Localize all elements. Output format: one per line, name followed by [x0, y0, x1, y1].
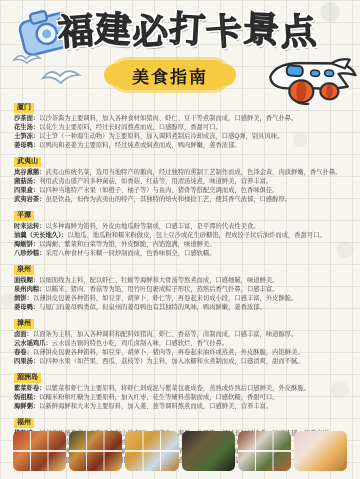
food-item: 四果汤：以四种水果（如芒果、西瓜、荔枝等）为主料，加入冰糖和水煮制而成，口感清爽…: [14, 357, 346, 366]
food-item: 泉州肉粽：以糯米、猪肉、香菇等为馅，用竹叶包裹成粽子形状，蒸熟后香气扑鼻，口感丰…: [14, 285, 346, 294]
food-item: 卤面：以面条为主料，加入各种调料和配料如猪肉、虾仁、香菇等，卤制而成，口感丰富，…: [14, 330, 346, 339]
food-item-name: 沙茶面：: [14, 115, 39, 122]
food-photo-mixed-collage: [238, 431, 291, 471]
food-photo-strip: [0, 431, 360, 471]
food-photo-braised-collage: [13, 431, 66, 471]
fujian-food-guide-poster: { "header": { "title_text": "福建必打卡景点", "…: [0, 0, 360, 479]
subtitle-badge: 美食指南: [112, 60, 228, 90]
food-item-desc: 以沙茶酱为主要调料，加入各种食材如猪肉、虾仁、豆干等煮制而成，口感鲜美，香气扑鼻…: [39, 115, 297, 122]
food-item-desc: 以糯米粉和红糖为主要原料，加入红枣、花生等辅料蒸制而成，口感软糯，香甜可口。: [39, 394, 278, 401]
food-item: 油羹（天长地久）：以地瓜、地瓜粉和糯米粉做皮，包上豆沙或花生砂糖馅，捏成饺子状后…: [14, 231, 346, 240]
section-header-0: 厦门: [14, 103, 34, 113]
food-item-desc: 以花生为主要原料，经过长时间熬煮而成，口感醇厚，香甜可口。: [39, 124, 222, 131]
food-item: 紫菜虾卷：以紫菜和虾仁为主要原料，将虾仁剁成泥与紫菜包裹成卷，蒸熟或炸熟后口感鲜…: [14, 384, 346, 393]
food-item-name: 花生汤：: [14, 124, 39, 131]
food-item: 春卷：以薄饼皮包裹各种馅料，如豆芽、胡萝卜、猪肉等，再卷起来油炸或蒸煮，外皮酥脆…: [14, 348, 346, 357]
food-item-desc: 以多种海鲜为馅料，外皮由地瓜粉等制成，口感丰富，是平潭的代表性美食。: [45, 223, 259, 230]
food-item-name: 时来运转：: [14, 223, 45, 230]
food-item: 妈祖糕：以糯米粉和红糖为主要原料，加入红枣、花生等辅料蒸制而成，口感软糯，香甜可…: [14, 393, 346, 402]
title-char: 点: [279, 12, 318, 54]
food-photo-soup-seaweed-collage: [69, 431, 122, 471]
section-header-5: 湄洲岛: [14, 373, 41, 383]
food-item: 面线糊：以细面线为主料，配以虾仁、牡蛎等海鲜和大骨汤等熬煮而成，口感细腻，味道鲜…: [14, 276, 346, 285]
food-item-name: 四果汤：: [14, 358, 39, 365]
title-char: 福: [57, 12, 96, 54]
page-title: 福建必打卡景点: [58, 12, 316, 52]
food-item: 岚谷熏鹅：武夷山传统名菜，选用当地特产的鹅肉，经过独特的熏制工艺制作而成，色泽金…: [14, 168, 346, 177]
food-item-desc: 以地瓜、地瓜粉和糯米粉做皮，包上豆沙或花生砂糖馅，捏成饺子状后油炸而成，香甜可口…: [68, 232, 326, 239]
food-item: 时来运转：以多种海鲜为馅料，外皮由地瓜粉等制成，口感丰富，是平潭的代表性美食。: [14, 222, 346, 231]
food-item-name: 油羹（天长地久）：: [14, 232, 68, 239]
title-char: 卡: [205, 12, 244, 54]
food-item-desc: 以土笋（一种海生动物）为主要原料，加入调料煮制后冷却成冻，口感Q弹，别具风味。: [39, 133, 283, 140]
food-item-desc: 以四种当地特产水果（如橙子、柚子等）与鱼肉、猪骨等搭配烹调而成，色香味俱佳。: [39, 187, 278, 194]
food-item-desc: 以糯米、猪肉、香菇等为馅，用竹叶包裹成粽子形状，蒸熟后香气扑鼻，口感丰富。: [45, 286, 278, 293]
food-item: 姜母鸭：与厦门的姜母鸭类似，但泉州的姜母鸭也有其独特的风味，鸭肉鲜嫩，姜香浓郁。: [14, 303, 346, 312]
title-char: 必: [131, 12, 170, 54]
food-item-desc: 以面条为主料，加入各种调料和配料如猪肉、虾仁、香菇等，卤制而成，口感丰富，味道醇…: [33, 331, 297, 338]
food-item-desc: 以四种水果（如芒果、西瓜、荔枝等）为主料，加入冰糖和水煮制而成，口感清爽，甜而不…: [39, 358, 303, 365]
food-item-name: 岚谷熏鹅：: [14, 169, 45, 176]
food-item: 润饼：以薄饼皮包裹各种馅料，如豆芽、胡萝卜、虾仁等，再卷起来切成小段，口感丰富，…: [14, 294, 346, 303]
food-item-desc: 以新鲜海鲜和大米为主要原料，加入姜、葱等调料熬煮而成，口感鲜美，营养丰富。: [39, 403, 272, 410]
food-photo-zongzi-dark: [182, 431, 235, 471]
food-item-name: 姜母鸭：: [14, 142, 39, 149]
food-item-name: 面线糊：: [14, 277, 39, 284]
food-photo-dessert-soup-bowl: [294, 431, 347, 471]
food-item-desc: 以海蛎、紫菜和白菜等为馅，外皮酥脆，内馅饱满，味道鲜美。: [39, 241, 215, 248]
food-item-name: 土笋冻：: [14, 133, 39, 140]
food-item-desc: 以薄饼皮包裹各种馅料，如豆芽、胡萝卜、猪肉等，再卷起来油炸或蒸煮，外皮酥脆，内馅…: [33, 349, 304, 356]
food-item-name: 八珍炒糕：: [14, 250, 45, 257]
section-header-3: 泉州: [14, 265, 34, 275]
food-item: 菌菇汤：利用武夷山盛产的多种菌菇，如香菇、红菇等，用清汤炖煮，味道鲜美，营养丰富…: [14, 177, 346, 186]
food-item-desc: 与厦门的姜母鸭类似，但泉州的姜母鸭也有其独特的风味，鸭肉鲜嫩，姜香浓郁。: [39, 304, 266, 311]
section-header-6: 福州: [14, 418, 34, 428]
food-item-desc: 采用八种食材与米糊一同炒制而成，色香味俱全，口感软糯。: [45, 250, 215, 257]
food-item-name: 卤面：: [14, 331, 33, 338]
food-item-desc: 以紫菜和虾仁为主要原料，将虾仁剁成泥与紫菜包裹成卷，蒸熟或炸熟后口感鲜美，外皮酥…: [45, 385, 309, 392]
food-item: 云水谣鸡爪：云水谣古镇的特色小吃，鸡爪卤制入味，口感软烂，香气扑鼻。: [14, 339, 346, 348]
header: 福建必打卡景点 美食指南: [0, 0, 360, 96]
food-item-name: 姜母鸭：: [14, 304, 39, 311]
title-char: 景: [242, 10, 280, 52]
food-item-name: 四果盒：: [14, 187, 39, 194]
food-item-name: 海蛎饼：: [14, 241, 39, 248]
seagull-icon: [40, 64, 82, 90]
food-item-desc: 利用武夷山盛产的多种菌菇，如香菇、红菇等，用清汤炖煮，味道鲜美，营养丰富。: [39, 178, 272, 185]
food-item-desc: 以鸭肉和老姜为主要原料，经过炖煮或焖煮而成，鸭肉鲜嫩，姜香浓郁。: [39, 142, 241, 149]
food-item: 海鲜粥：以新鲜海鲜和大米为主要原料，加入姜、葱等调料熬煮而成，口感鲜美，营养丰富…: [14, 402, 346, 411]
food-item-name: 泉州肉粽：: [14, 286, 45, 293]
section-header-2: 平潭: [14, 211, 34, 221]
food-item-name: 春卷：: [14, 349, 33, 356]
food-item: 姜母鸭：以鸭肉和老姜为主要原料，经过炖煮或焖煮而成，鸭肉鲜嫩，姜香浓郁。: [14, 141, 346, 150]
food-item-name: 紫菜虾卷：: [14, 385, 45, 392]
seagull-icon: [12, 50, 42, 68]
food-guide-sections: 厦门沙茶面：以沙茶酱为主要调料，加入各种食材如猪肉、虾仁、豆干等煮制而成，口感鲜…: [0, 96, 360, 465]
food-item: 沙茶面：以沙茶酱为主要调料，加入各种食材如猪肉、虾仁、豆干等煮制而成，口感鲜美，…: [14, 114, 346, 123]
food-photo-fried-buns-collage: [125, 431, 178, 471]
food-item: 土笋冻：以土笋（一种海生动物）为主要原料，加入调料煮制后冷却成冻，口感Q弹，别具…: [14, 132, 346, 141]
food-item-desc: 以细面线为主料，配以虾仁、牡蛎等海鲜和大骨汤等熬煮而成，口感细腻，味道鲜美。: [39, 277, 278, 284]
title-char: 打: [168, 10, 206, 52]
food-item-name: 润饼：: [14, 295, 33, 302]
food-item-name: 菌菇汤：: [14, 178, 39, 185]
food-item: 八珍炒糕：采用八种食材与米糊一同炒制而成，色香味俱全，口感软糯。: [14, 249, 346, 258]
section-header-1: 武夷山: [14, 157, 41, 167]
food-item-desc: 虽是饮品，但作为武夷山的特产，其独特的焙火和揉捻工艺，使其香气浓郁，口感醇厚。: [45, 196, 291, 203]
food-item-name: 云水谣鸡爪：: [14, 340, 52, 347]
food-item-desc: 云水谣古镇的特色小吃，鸡爪卤制入味，口感软烂，香气扑鼻。: [52, 340, 228, 347]
food-item: 四果盒：以四种当地特产水果（如橙子、柚子等）与鱼肉、猪骨等搭配烹调而成，色香味俱…: [14, 186, 346, 195]
food-item: 海蛎饼：以海蛎、紫菜和白菜等为馅，外皮酥脆，内馅饱满，味道鲜美。: [14, 240, 346, 249]
food-item-name: 海鲜粥：: [14, 403, 39, 410]
food-item-desc: 武夷山传统名菜，选用当地特产的鹅肉，经过独特的熏制工艺制作而成，色泽金黄，肉质鲜…: [45, 169, 341, 176]
section-header-4: 漳州: [14, 319, 34, 329]
food-item-name: 妈祖糕：: [14, 394, 39, 401]
food-item: 花生汤：以花生为主要原料，经过长时间熬煮而成，口感醇厚，香甜可口。: [14, 123, 346, 132]
food-item-name: 武夷岩茶：: [14, 196, 45, 203]
food-item-desc: 以薄饼皮包裹各种馅料，如豆芽、胡萝卜、虾仁等，再卷起来切成小段，口感丰富，外皮酥…: [33, 295, 297, 302]
title-char: 建: [94, 10, 132, 52]
food-item: 武夷岩茶：虽是饮品，但作为武夷山的特产，其独特的焙火和揉捻工艺，使其香气浓郁，口…: [14, 195, 346, 204]
